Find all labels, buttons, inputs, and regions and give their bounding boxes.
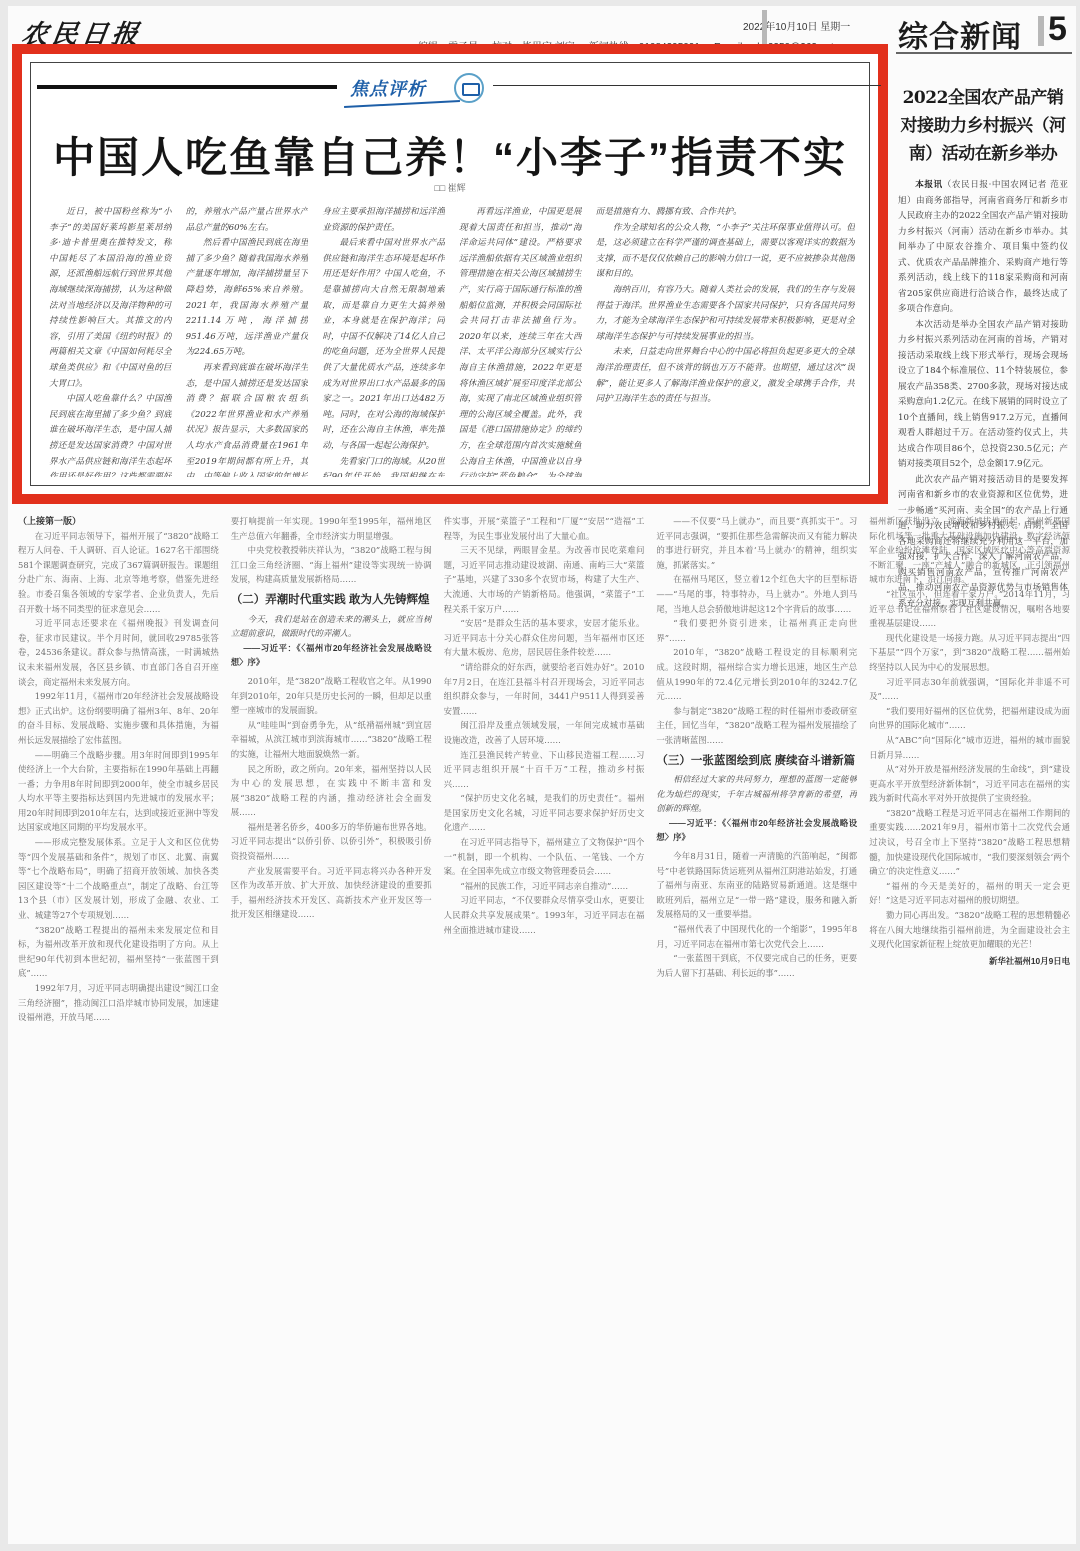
paragraph: 中央党校教授韩庆祥认为，“3820”战略工程与闽江口金三角经济圈、“海上福州”建… xyxy=(231,543,432,587)
continuation-column: 件实事，开展“菜篮子”工程和“厂厦”“安居”“造福”工程等，为民生事业发展付出了… xyxy=(444,514,645,1542)
paragraph: “福州代表了中国现代化的一个缩影”，1995年8月，习近平同志在福州市第七次党代… xyxy=(656,922,857,951)
paragraph: 再看远洋渔业，中国更是展现着大国责任和担当，推动“海洋命运共同体”建设。严格要求… xyxy=(459,205,582,477)
paragraph: 本报讯（农民日报·中国农网记者 范亚旭）由商务部指导，河南省商务厅和新乡市人民政… xyxy=(898,178,1068,318)
paragraph: ——形成完整发展体系。立足于人文和区位优势等“四个发展基础和条件”，规划了市区、… xyxy=(18,835,219,923)
paragraph: 从“哇哇叫”到奋勇争先，从“纸褙福州城”到宜居幸福城，从滨江城市到滨海城市……“… xyxy=(231,718,432,762)
continuation-column: ——不仅要“马上就办”，而且要“真抓实干”。习近平同志强调，“要抓住那些急需解决… xyxy=(656,514,857,1542)
paragraph: 本次活动是举办全国农产品产销对接助力乡村振兴系列活动在河南的首场，产销对接活动采… xyxy=(898,318,1068,473)
feature-column: 而是措施有力、腾挪有致、合作共护。 作为全球知名的公众人物，“小李子”关注环保事… xyxy=(596,205,855,477)
paragraph: 产业发展需要平台。习近平同志将兴办各种开发区作为改革开放、扩大开放、加快经济建设… xyxy=(231,864,432,922)
paragraph: “一张蓝图干到底，不仅要完成自己的任务，更要为后人留下打基础、利长远的事”…… xyxy=(656,951,857,980)
continued-from-label: （上接第一版） xyxy=(18,514,219,529)
paragraph: 连江县渔民转产转业、下山移民造福工程……习近平同志组织开展“十百千万”工程，推动… xyxy=(444,748,645,792)
sidebar-article: 2022全国农产品产销对接助力乡村振兴（河南）活动在新乡举办 本报讯（农民日报·… xyxy=(898,84,1068,504)
paragraph: “福州的民族工作，习近平同志亲自推动”…… xyxy=(444,879,645,894)
paragraph: 勠力同心再出发。“3820”战略工程的思想精髓必将在八闽大地继续指引福州前进，为… xyxy=(869,908,1070,952)
paragraph: 1992年11月，《福州市20年经济社会发展战略设想》正式出炉。这份纲要明确了福… xyxy=(18,689,219,747)
feature-body: 近日，被中国粉丝称为“小李子”的美国好莱坞影星莱昂纳多·迪卡普里奥在推特发文，称… xyxy=(49,205,855,477)
epigraph: 今天，我们是站在创造未来的潮头上，就应当树立超前意识，做跟时代的弄潮人。 xyxy=(231,612,432,641)
section-rule xyxy=(896,52,1072,54)
subsection-heading-2: （二）弄潮时代重实践 敢为人先铸辉煌 xyxy=(231,593,432,608)
paragraph: 而是措施有力、腾挪有致、合作共护。 xyxy=(596,205,855,221)
paragraph: 1992年7月，习近平同志明确提出建设“闽江口金三角经济圈”，推动闽江口沿岸城市… xyxy=(18,981,219,1025)
paragraph: 现代化建设是一场接力跑。从习近平同志提出“四下基层”“四个万家”，到“3820”… xyxy=(869,631,1070,675)
paragraph: 海纳百川，有容乃大。随着人类社会的发展，我们的生存与发展得益于海洋。世界渔业生态… xyxy=(596,283,855,345)
paragraph: 要打响提前一年实现。1990年至1995年，福州地区生产总值六年翻番，全市经济实… xyxy=(231,514,432,543)
paragraph: “福州的今天是美好的，福州的明天一定会更好！”这是习近平同志对福州的殷切期望。 xyxy=(869,879,1070,908)
headline: 中国人吃鱼靠自己养！“小李子”指责不实 xyxy=(31,125,869,185)
highlight-frame: 焦点评析 中国人吃鱼靠自己养！“小李子”指责不实 □□ 崔辉 近日，被中国粉丝称… xyxy=(12,44,888,504)
paragraph: 参与制定“3820”战略工程的时任福州市委政研室主任，回忆当年，“3820”战略… xyxy=(656,704,857,748)
paragraph: 习近平同志30年前就强调，“国际化并非遥不可及”…… xyxy=(869,675,1070,704)
newspaper-page: 农民日报 2022年10月10日 星期一 编辑：霍子晨 校对：毕思宇 刘寅 新闻… xyxy=(8,6,1076,1544)
paragraph: 福州是著名侨乡，400多万的华侨遍布世界各地。习近平同志提出“以侨引侨、以侨引外… xyxy=(231,820,432,864)
feature-column: 近日，被中国粉丝称为“小李子”的美国好莱坞影星莱昂纳多·迪卡普里奥在推特发文，称… xyxy=(49,205,172,477)
feature-article: 焦点评析 中国人吃鱼靠自己养！“小李子”指责不实 □□ 崔辉 近日，被中国粉丝称… xyxy=(30,62,870,486)
kicker-rule-left xyxy=(37,85,337,89)
paragraph: 身应主要承担海洋捕捞和远洋渔业资源的保护责任。 xyxy=(322,205,445,236)
paragraph: “请给群众的好东西，就要给老百姓办好”。2010年7月2日，在连江县福斗村召开现… xyxy=(444,660,645,718)
paragraph: 从“ABC”向“国际化”城市迈进，福州的城市面貌日新月异…… xyxy=(869,733,1070,762)
paragraph: “3820”战略工程是习近平同志在福州工作期间的重要实践……2021年9月，福州… xyxy=(869,806,1070,879)
paragraph: 闽江沿岸及重点领域发展，一年间完成城市基础设施改造，改善了人居环境…… xyxy=(444,718,645,747)
paragraph: “社区虽小，但连着千家万户。”2014年11月，习近平总书记在福州察看了社区建设… xyxy=(869,587,1070,631)
paragraph: 习近平同志，“不仅要群众尽情享受山水，更要让人民群众共享发展成果”。1993年，… xyxy=(444,893,645,937)
epigraph-attribution: ——习近平：《〈福州市20年经济社会发展战略设想〉序》 xyxy=(656,816,857,845)
paragraph: “我们要把外资引进来，让福州真正走向世界”…… xyxy=(656,616,857,645)
subsection-heading-3: （三）一张蓝图绘到底 赓续奋斗谱新篇 xyxy=(656,754,857,769)
lead-label: 本报讯 xyxy=(915,180,943,190)
section-divider xyxy=(1038,16,1044,46)
paragraph: 近日，被中国粉丝称为“小李子”的美国好莱坞影星莱昂纳多·迪卡普里奥在推特发文，称… xyxy=(49,205,172,392)
paragraph: 在福州马尾区，竖立着12个红色大字的巨型标语——“马尾的事，特事特办，马上就办”… xyxy=(656,572,857,616)
paragraph: “安居”是群众生活的基本要求，安居才能乐业。习近平同志十分关心群众住房问题，当年… xyxy=(444,616,645,660)
section-name: 综合新闻 xyxy=(898,12,1022,56)
epigraph: 相信经过大家的共同努力，理想的蓝图一定能够化为灿烂的现实，千年古城福州将孕育新的… xyxy=(656,772,857,816)
issue-date: 2022年10月10日 星期一 xyxy=(743,18,850,33)
paragraph: 再来看到底谁在破坏海洋生态，是中国人捕捞还是发达国家消费？据联合国粮农组织《20… xyxy=(186,361,309,477)
column-kicker: 焦点评析 xyxy=(336,71,496,115)
paragraph: 然后看中国渔民到底在海里捕了多少鱼？随着我国海水养殖产量逐年增加，海洋捕捞量呈下… xyxy=(186,236,309,361)
kicker-swoosh xyxy=(344,100,460,108)
paragraph: 在习近平同志指导下，福州建立了文物保护“四个一”机制，即一个机构、一个队伍、一笔… xyxy=(444,835,645,879)
feature-column: 再看远洋渔业，中国更是展现着大国责任和担当，推动“海洋命运共同体”建设。严格要求… xyxy=(459,205,582,477)
feature-column: 的，养殖水产品产量占世界水产品总产量的60%左右。 然后看中国渔民到底在海里捕了… xyxy=(186,205,309,477)
page-number: 5 xyxy=(1048,10,1067,49)
paragraph: 最后来看中国对世界水产品供应链和海洋生态环境是起坏作用还是好作用？中国人吃鱼，不… xyxy=(322,236,445,454)
paragraph: 先看家门口的海域。从20世纪90年代开始，我国相继在东海、黄海、渤海、南海海域实… xyxy=(322,455,445,478)
comment-bubble-icon xyxy=(454,73,484,103)
paragraph: 2010年，是“3820”战略工程收官之年。从1990年到2010年，20年只是… xyxy=(231,674,432,718)
paragraph: 2010年，“3820”战略工程设定的目标顺利完成。这段时期，福州综合实力增长迅… xyxy=(656,645,857,703)
paragraph: ——不仅要“马上就办”，而且要“真抓实干”。习近平同志强调，“要抓住那些急需解决… xyxy=(656,514,857,572)
continuation-article: （上接第一版） 在习近平同志领导下，福州开展了“3820”战略工程万人问卷、千人… xyxy=(18,514,1070,1542)
paragraph: 民之所盼，政之所向。20年来，福州坚持以人民为中心的发展思想，在实践中不断丰富和… xyxy=(231,762,432,820)
continuation-column: 福州新区获批设立，滨海新城拔地而起，福州新厝国际化机场等一批重大基础设施加快建设… xyxy=(869,514,1070,1542)
sidebar-headline: 2022全国农产品产销对接助力乡村振兴（河南）活动在新乡举办 xyxy=(898,84,1068,168)
kicker-label: 焦点评析 xyxy=(350,75,426,101)
epigraph-attribution: ——习近平：《〈福州市20年经济社会发展战略设想〉序》 xyxy=(231,641,432,670)
paragraph: 今年8月31日，随着一声清脆的汽笛响起，“闽都号”中老铁路国际货运班列从福州江阴… xyxy=(656,849,857,922)
continuation-column: 要打响提前一年实现。1990年至1995年，福州地区生产总值六年翻番，全市经济实… xyxy=(231,514,432,1542)
paragraph: 作为全球知名的公众人物，“小李子”关注环保事业值得认可。但是，这必须建立在科学严… xyxy=(596,221,855,283)
paragraph: 三天不见绿，两眼冒金星。为改善市民吃菜难问题，习近平同志推动建设坡湖、南通、南屿… xyxy=(444,543,645,616)
paragraph: 在习近平同志领导下，福州开展了“3820”战略工程万人问卷、千人调研、百人论证。… xyxy=(18,529,219,617)
paragraph: 福州新区获批设立，滨海新城拔地而起，福州新厝国际化机场等一批重大基础设施加快建设… xyxy=(869,514,1070,587)
dateline: 新华社福州10月9日电 xyxy=(869,954,1070,969)
paragraph-text: 由商务部指导，河南省商务厅和新乡市人民政府主办的2022全国农产品产销对接助力乡… xyxy=(898,196,1068,315)
paragraph: 的，养殖水产品产量占世界水产品总产量的60%左右。 xyxy=(186,205,309,236)
feature-column: 身应主要承担海洋捕捞和远洋渔业资源的保护责任。 最后来看中国对世界水产品供应链和… xyxy=(322,205,445,477)
paragraph: “我们要用好福州的区位优势，把福州建设成为面向世界的国际化城市”…… xyxy=(869,704,1070,733)
continuation-column: （上接第一版） 在习近平同志领导下，福州开展了“3820”战略工程万人问卷、千人… xyxy=(18,514,219,1542)
paragraph: “保护历史文化名城，是我们的历史责任”。福州是国家历史文化名城，习近平同志要求保… xyxy=(444,791,645,835)
paragraph: 从“对外开放是福州经济发展的生命线”，到“建设更高水平开放型经济新体制”，习近平… xyxy=(869,762,1070,806)
paragraph: “3820”战略工程提出的福州未来发展定位和目标，为福州改革开放和现代化建设指明… xyxy=(18,923,219,981)
kicker-rule-right xyxy=(493,85,881,86)
paragraph: 习近平同志还要求在《福州晚报》刊发调查问卷，征求市民建议。半个月时间，就回收29… xyxy=(18,616,219,689)
paragraph: ——明确三个战略步骤。用3年时间即到1995年使经济上一个大台阶，主要指标在19… xyxy=(18,748,219,836)
byline: □□ 崔辉 xyxy=(31,181,869,194)
paragraph: 件实事，开展“菜篮子”工程和“厂厦”“安居”“造福”工程等，为民生事业发展付出了… xyxy=(444,514,645,543)
paragraph: 未来，日益走向世界舞台中心的中国必将担负起更多更大的全球海洋治理责任，但不该背的… xyxy=(596,345,855,407)
paragraph: 中国人吃鱼靠什么？中国渔民到底在海里捕了多少鱼？到底谁在破坏海洋生态，是中国人捕… xyxy=(49,392,172,477)
